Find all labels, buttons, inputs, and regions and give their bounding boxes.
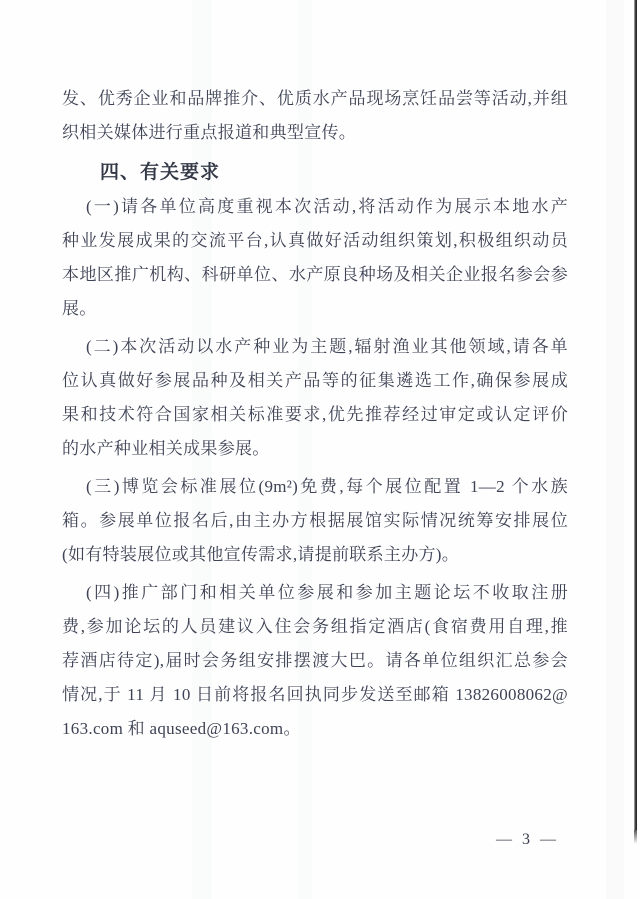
text-line: 荐酒店待定),届时会务组安排摆渡大巴。请各单位组织汇总参会 [62, 644, 568, 678]
page-number: — 3 — [484, 829, 568, 851]
text-line: 的水产种业相关成果参展。 [62, 432, 568, 466]
text-line: 果和技术符合国家相关标准要求,优先推荐经过审定或认定评价 [62, 398, 568, 432]
text-line: (二)本次活动以水产种业为主题,辐射渔业其他领域,请各单 [62, 330, 568, 364]
text-line: (如有特装展位或其他宣传需求,请提前联系主办方)。 [62, 538, 568, 572]
text-line: 发、优秀企业和品牌推介、优质水产品现场烹饪品尝等活动,并组 [62, 82, 568, 116]
section-heading: 四、有关要求 [62, 155, 568, 189]
text-line: 情况,于 11 月 10 日前将报名回执同步发送至邮箱 13826008062@ [62, 678, 568, 712]
text-line: (四)推广部门和相关单位参展和参加主题论坛不收取注册 [62, 576, 568, 610]
text-line: 本地区推广机构、科研单位、水产原良种场及相关企业报名参会参 [62, 258, 568, 292]
text-line: 163.com 和 aquseed@163.com。 [62, 712, 568, 746]
text-line: 费,参加论坛的人员建议入住会务组指定酒店(食宿费用自理,推 [62, 610, 568, 644]
text-line: 展。 [62, 292, 568, 326]
text-line: (一)请各单位高度重视本次活动,将活动作为展示本地水产 [62, 190, 568, 224]
text-line: 种业发展成果的交流平台,认真做好活动组织策划,积极组织动员 [62, 224, 568, 258]
text-line: 位认真做好参展品种及相关产品等的征集遴选工作,确保参展成 [62, 364, 568, 398]
page-edge-scan-line [634, 0, 637, 830]
document-page: 发、优秀企业和品牌推介、优质水产品现场烹饪品尝等活动,并组 织相关媒体进行重点报… [0, 0, 640, 899]
scan-band [606, 0, 624, 899]
document-content: 发、优秀企业和品牌推介、优质水产品现场烹饪品尝等活动,并组 织相关媒体进行重点报… [62, 82, 568, 746]
text-line: 织相关媒体进行重点报道和典型宣传。 [62, 116, 568, 150]
text-line: 箱。参展单位报名后,由主办方根据展馆实际情况统筹安排展位 [62, 504, 568, 538]
text-line: (三)博览会标准展位(9m²)免费,每个展位配置 1—2 个水族 [62, 470, 568, 504]
